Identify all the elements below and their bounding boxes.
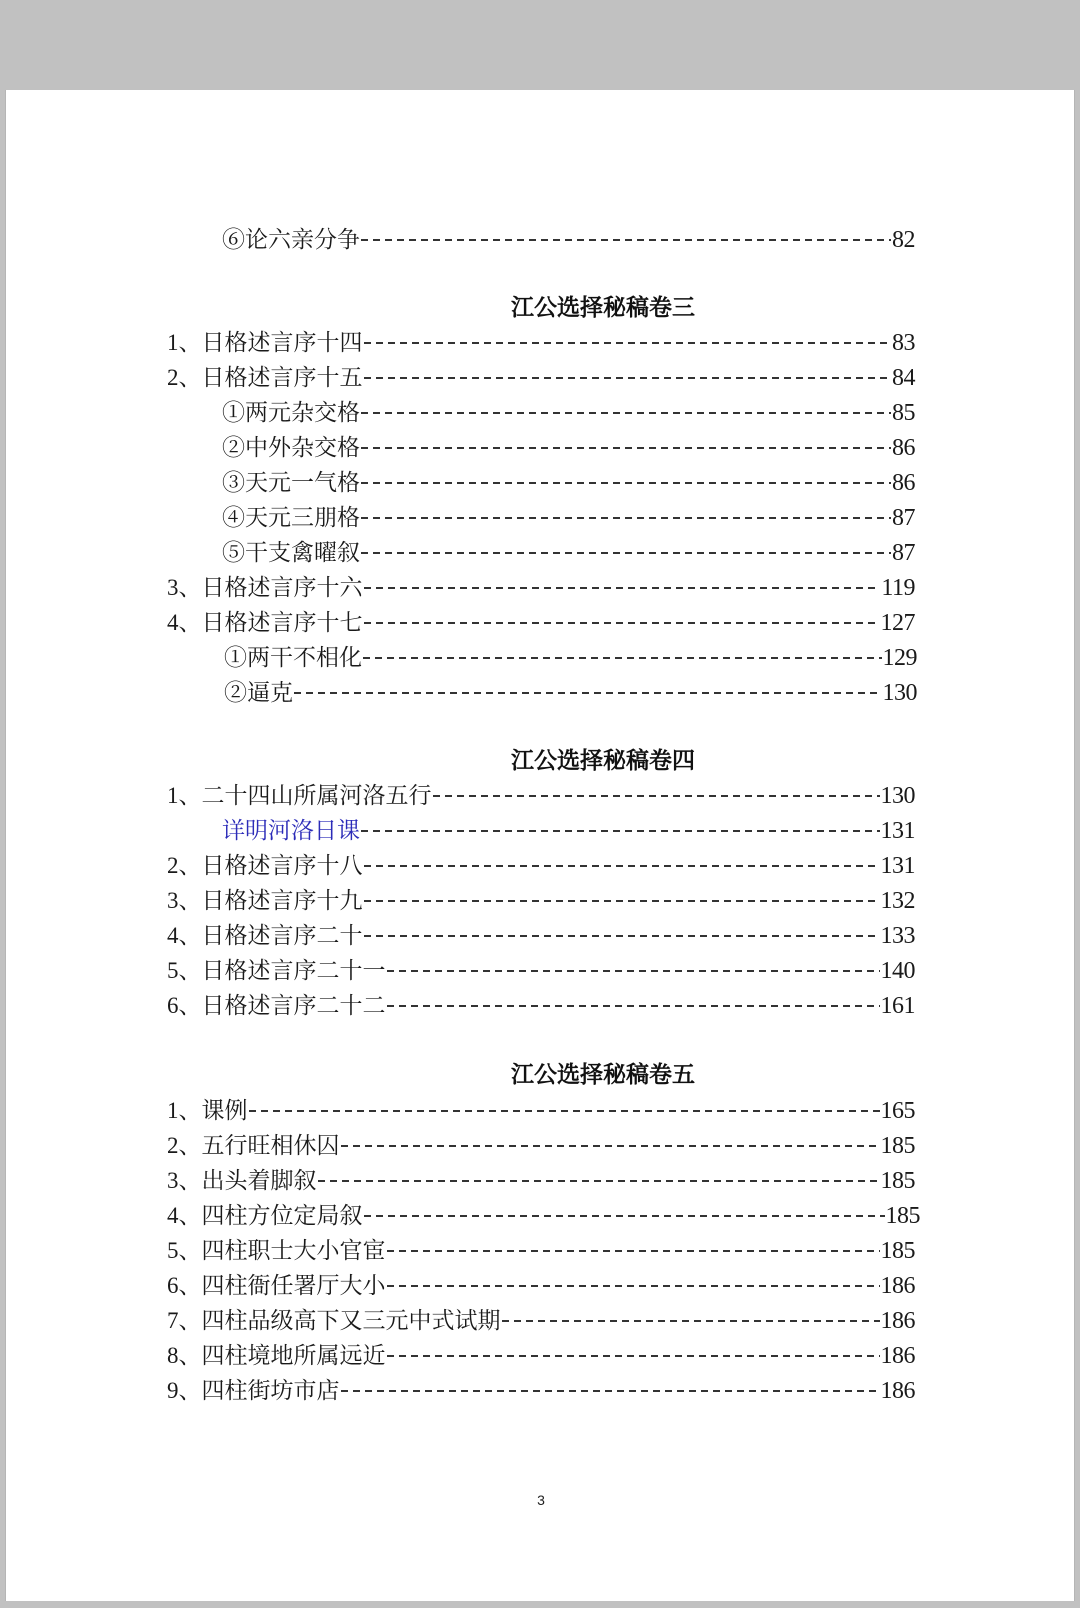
dot-leader	[318, 1180, 880, 1182]
toc-entry[interactable]: ②逼克130	[224, 676, 917, 710]
toc-entry[interactable]: 3、出头着脚叙185	[167, 1164, 915, 1198]
section-heading: 江公选择秘稿卷三	[68, 289, 1080, 322]
toc-entry-page: 186	[881, 1269, 916, 1303]
toc-entry-title: ②逼克	[224, 676, 293, 710]
toc-entry-page: 161	[881, 989, 916, 1023]
dot-leader	[387, 1285, 880, 1287]
toc-entry[interactable]: 3、日格述言序十六119	[167, 571, 915, 605]
toc-entry-title: ⑤干支禽曜叙	[222, 536, 360, 570]
toc-entry-title: ①两干不相化	[224, 641, 362, 675]
toc-entry-title: 7、四柱品级高下又三元中式试期	[167, 1304, 501, 1338]
toc-entry-title: 4、日格述言序十七	[167, 606, 363, 640]
dot-leader	[364, 865, 880, 867]
toc-entry[interactable]: 1、日格述言序十四83	[167, 326, 915, 360]
toc-entry-title: ⑥论六亲分争	[222, 223, 360, 257]
toc-entry-title: 9、四柱街坊市店	[167, 1374, 340, 1408]
toc-entry-title: ②中外杂交格	[222, 431, 360, 465]
dot-leader	[249, 1110, 880, 1112]
toc-entry-title[interactable]: 详明河洛日课	[222, 814, 360, 848]
section-heading: 江公选择秘稿卷五	[68, 1056, 1080, 1089]
dot-leader	[364, 377, 892, 379]
toc-entry-page: 186	[881, 1304, 916, 1338]
toc-entry-page: 127	[881, 606, 916, 640]
toc-entry-page: 82	[892, 223, 915, 257]
toc-entry-page: 129	[883, 641, 918, 675]
toc-entry[interactable]: 1、二十四山所属河洛五行130	[167, 779, 915, 813]
toc-entry-title: 2、日格述言序十八	[167, 849, 363, 883]
dot-leader	[361, 482, 891, 484]
toc-entry[interactable]: 8、四柱境地所属远近186	[167, 1339, 915, 1373]
section-heading: 江公选择秘稿卷四	[68, 742, 1080, 775]
toc-entry-page: 131	[881, 849, 916, 883]
toc-entry-title: 8、四柱境地所属远近	[167, 1339, 386, 1373]
dot-leader	[294, 692, 882, 694]
toc-entry[interactable]: 9、四柱街坊市店186	[167, 1374, 915, 1408]
dot-leader	[361, 239, 891, 241]
dot-leader	[387, 1005, 880, 1007]
toc-entry[interactable]: ⑤干支禽曜叙87	[222, 536, 915, 570]
toc-entry-title: ④天元三朋格	[222, 501, 360, 535]
toc-entry-page: 165	[881, 1094, 916, 1128]
toc-entry[interactable]: ⑥论六亲分争 82	[222, 223, 915, 257]
toc-entry-page: 185	[881, 1234, 916, 1268]
toc-entry-page: 140	[881, 954, 916, 988]
toc-entry-page: 119	[881, 571, 915, 605]
dot-leader	[361, 447, 891, 449]
dot-leader	[364, 1215, 885, 1217]
toc-entry-link[interactable]: 详明河洛日课131	[222, 814, 915, 848]
document-page: ⑥论六亲分争 82 江公选择秘稿卷三 1、日格述言序十四83 2、日格述言序十五…	[5, 90, 1075, 1601]
toc-entry[interactable]: 2、日格述言序十五84	[167, 361, 915, 395]
toc-entry[interactable]: ①两干不相化129	[224, 641, 917, 675]
toc-entry[interactable]: 4、日格述言序十七127	[167, 606, 915, 640]
toc-entry[interactable]: 2、日格述言序十八131	[167, 849, 915, 883]
toc-entry-page: 185	[881, 1129, 916, 1163]
toc-entry[interactable]: 4、四柱方位定局叙185	[167, 1199, 920, 1233]
toc-entry[interactable]: 5、日格述言序二十一140	[167, 954, 915, 988]
toc-entry-page: 133	[881, 919, 916, 953]
toc-entry-title: 6、日格述言序二十二	[167, 989, 386, 1023]
dot-leader	[364, 935, 880, 937]
toc-entry-title: 1、二十四山所属河洛五行	[167, 779, 432, 813]
toc-entry-page: 131	[881, 814, 916, 848]
toc-entry-page: 185	[881, 1164, 916, 1198]
toc-entry-title: 3、日格述言序十六	[167, 571, 363, 605]
dot-leader	[341, 1390, 880, 1392]
toc-entry-title: 5、日格述言序二十一	[167, 954, 386, 988]
toc-entry-title: 4、日格述言序二十	[167, 919, 363, 953]
dot-leader	[361, 830, 880, 832]
dot-leader	[361, 552, 891, 554]
toc-entry-page: 87	[892, 536, 915, 570]
toc-entry[interactable]: ④天元三朋格87	[222, 501, 915, 535]
dot-leader	[361, 517, 891, 519]
dot-leader	[387, 1355, 880, 1357]
dot-leader	[502, 1320, 880, 1322]
dot-leader	[387, 1250, 880, 1252]
toc-entry[interactable]: 5、四柱职士大小官宦185	[167, 1234, 915, 1268]
toc-entry-title: 3、出头着脚叙	[167, 1164, 317, 1198]
toc-entry-page: 132	[881, 884, 916, 918]
toc-entry-title: ①两元杂交格	[222, 396, 360, 430]
toc-entry[interactable]: ③天元一气格86	[222, 466, 915, 500]
toc-entry-page: 130	[883, 676, 918, 710]
toc-entry-page: 87	[892, 501, 915, 535]
toc-entry[interactable]: ②中外杂交格86	[222, 431, 915, 465]
dot-leader	[387, 970, 880, 972]
toc-entry[interactable]: 4、日格述言序二十133	[167, 919, 915, 953]
toc-entry-page: 84	[892, 361, 915, 395]
toc-entry-title: 2、日格述言序十五	[167, 361, 363, 395]
toc-entry[interactable]: 1、课例165	[167, 1094, 915, 1128]
dot-leader	[364, 342, 892, 344]
toc-entry[interactable]: 2、五行旺相休囚185	[167, 1129, 915, 1163]
toc-entry-title: 4、四柱方位定局叙	[167, 1199, 363, 1233]
toc-entry-page: 186	[881, 1339, 916, 1373]
toc-entry[interactable]: 6、日格述言序二十二161	[167, 989, 915, 1023]
toc-entry-title: 1、课例	[167, 1094, 248, 1128]
dot-leader	[361, 412, 891, 414]
dot-leader	[363, 657, 882, 659]
dot-leader	[433, 795, 880, 797]
toc-entry-page: 130	[881, 779, 916, 813]
toc-entry-page: 85	[892, 396, 915, 430]
toc-entry[interactable]: 6、四柱衙任署厅大小186	[167, 1269, 915, 1303]
dot-leader	[364, 900, 880, 902]
toc-entry-title: 3、日格述言序十九	[167, 884, 363, 918]
dot-leader	[364, 587, 881, 589]
dot-leader	[341, 1145, 880, 1147]
page-number: 3	[6, 1492, 1076, 1508]
toc-entry-page: 86	[892, 431, 915, 465]
toc-entry-title: 6、四柱衙任署厅大小	[167, 1269, 386, 1303]
toc-entry-page: 83	[892, 326, 915, 360]
toc-entry[interactable]: 7、四柱品级高下又三元中式试期186	[167, 1304, 915, 1338]
toc-entry[interactable]: ①两元杂交格85	[222, 396, 915, 430]
toc-entry-title: 1、日格述言序十四	[167, 326, 363, 360]
dot-leader	[364, 622, 880, 624]
toc-entry-title: 5、四柱职士大小官宦	[167, 1234, 386, 1268]
toc-entry-page: 86	[892, 466, 915, 500]
toc-entry-page: 186	[881, 1374, 916, 1408]
toc-entry-title: 2、五行旺相休囚	[167, 1129, 340, 1163]
toc-entry-page: 185	[886, 1199, 921, 1233]
toc-entry[interactable]: 3、日格述言序十九132	[167, 884, 915, 918]
toc-entry-title: ③天元一气格	[222, 466, 360, 500]
